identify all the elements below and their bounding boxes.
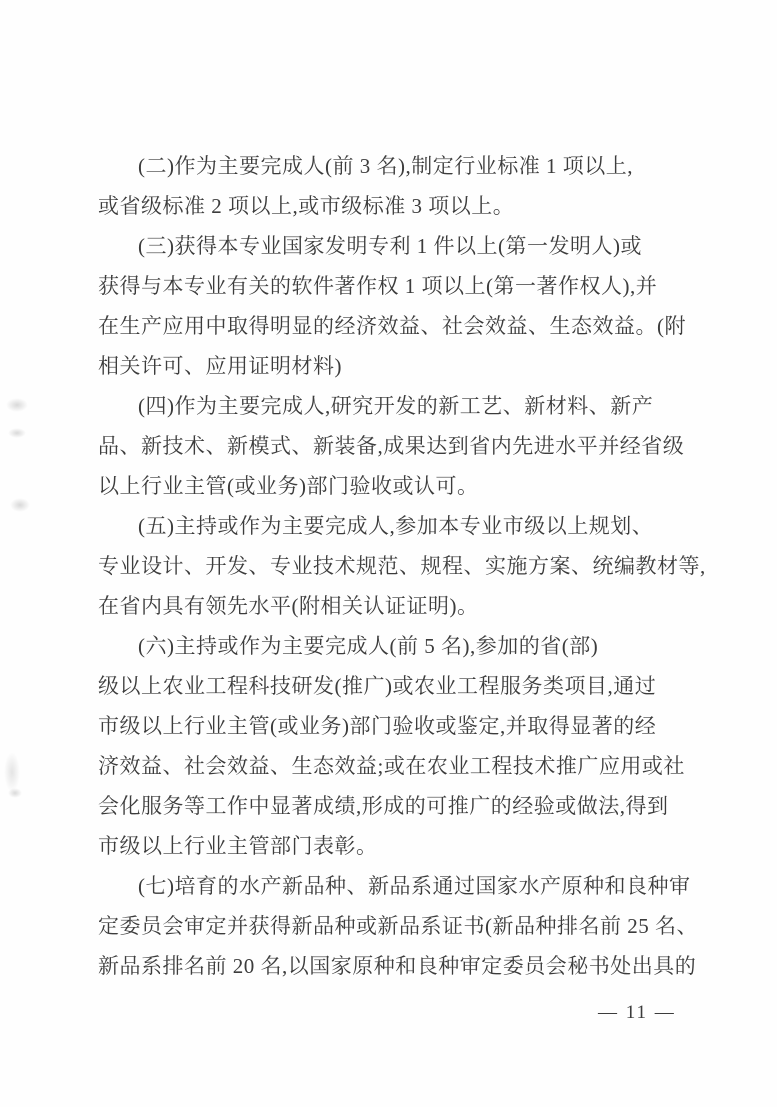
paragraph-line: 济效益、社会效益、生态效益;或在农业工程技术推广应用或社	[98, 746, 694, 786]
paragraph-item-4: (四)作为主要完成人,研究开发的新工艺、新材料、新产 品、新技术、新模式、新装备…	[98, 386, 694, 506]
paragraph-line: 市级以上行业主管(或业务)部门验收或鉴定,并取得显著的经	[98, 706, 694, 746]
paragraph-item-3: (三)获得本专业国家发明专利 1 件以上(第一发明人)或 获得与本专业有关的软件…	[98, 226, 694, 386]
paragraph-line: 级以上农业工程科技研发(推广)或农业工程服务类项目,通过	[98, 666, 694, 706]
scan-smudge	[4, 752, 20, 792]
paragraph-item-2: (二)作为主要完成人(前 3 名),制定行业标准 1 项以上, 或省级标准 2 …	[98, 146, 694, 226]
paragraph-line: (三)获得本专业国家发明专利 1 件以上(第一发明人)或	[98, 226, 694, 266]
paragraph-item-7: (七)培育的水产新品种、新品系通过国家水产原种和良种审 定委员会审定并获得新品种…	[98, 866, 694, 986]
paragraph-line: (四)作为主要完成人,研究开发的新工艺、新材料、新产	[98, 386, 694, 426]
paragraph-line: 相关许可、应用证明材料)	[98, 346, 694, 386]
document-body: (二)作为主要完成人(前 3 名),制定行业标准 1 项以上, 或省级标准 2 …	[98, 146, 694, 986]
scan-smudge	[6, 398, 28, 412]
paragraph-line: (二)作为主要完成人(前 3 名),制定行业标准 1 项以上,	[98, 146, 694, 186]
scan-smudge	[10, 498, 30, 512]
paragraph-line: 品、新技术、新模式、新装备,成果达到省内先进水平并经省级	[98, 426, 694, 466]
paragraph-line: 在生产应用中取得明显的经济效益、社会效益、生态效益。(附	[98, 306, 694, 346]
paragraph-line: 以上行业主管(或业务)部门验收或认可。	[98, 466, 694, 506]
paragraph-line: 新品系排名前 20 名,以国家原种和良种审定委员会秘书处出具的	[98, 946, 694, 986]
paragraph-line: (七)培育的水产新品种、新品系通过国家水产原种和良种审	[98, 866, 694, 906]
paragraph-item-6: (六)主持或作为主要完成人(前 5 名),参加的省(部) 级以上农业工程科技研发…	[98, 626, 694, 866]
page-number: — 11 —	[598, 1002, 676, 1024]
scan-smudge	[8, 788, 22, 798]
paragraph-line: 会化服务等工作中显著成绩,形成的可推广的经验或做法,得到	[98, 786, 694, 826]
paragraph-line: 或省级标准 2 项以上,或市级标准 3 项以上。	[98, 186, 694, 226]
document-page: (二)作为主要完成人(前 3 名),制定行业标准 1 项以上, 或省级标准 2 …	[0, 0, 777, 1107]
scan-smudge	[8, 428, 26, 438]
paragraph-line: 专业设计、开发、专业技术规范、规程、实施方案、统编教材等,	[98, 546, 694, 586]
paragraph-line: (五)主持或作为主要完成人,参加本专业市级以上规划、	[98, 506, 694, 546]
paragraph-item-5: (五)主持或作为主要完成人,参加本专业市级以上规划、 专业设计、开发、专业技术规…	[98, 506, 694, 626]
paragraph-line: 市级以上行业主管部门表彰。	[98, 826, 694, 866]
paragraph-line: 在省内具有领先水平(附相关认证证明)。	[98, 586, 694, 626]
paragraph-line: 获得与本专业有关的软件著作权 1 项以上(第一著作权人),并	[98, 266, 694, 306]
paragraph-line: (六)主持或作为主要完成人(前 5 名),参加的省(部)	[98, 626, 694, 666]
paragraph-line: 定委员会审定并获得新品种或新品系证书(新品种排名前 25 名、	[98, 906, 694, 946]
